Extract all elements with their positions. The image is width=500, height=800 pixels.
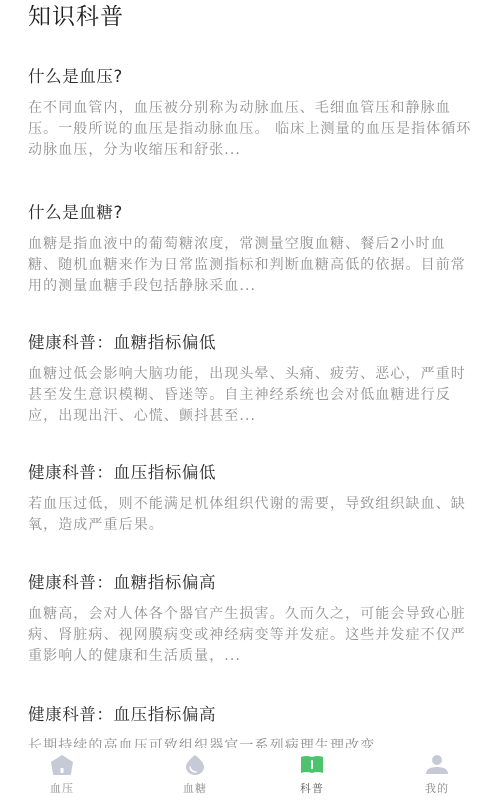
article-title: 什么是血压? (28, 66, 474, 88)
article-item[interactable]: 健康科普：血糖指标偏高 血糖高，会对人体各个器官产生损害。久而久之，可能会导致心… (28, 572, 474, 667)
tab-blood-sugar[interactable]: 血糖 (155, 748, 235, 800)
article-summary: 血糖高，会对人体各个器官产生损害。久而久之，可能会导致心脏病、肾脏病、视网膜病变… (28, 604, 474, 667)
article-item[interactable]: 健康科普：血压指标偏低 若血压过低，则不能满足机体组织代谢的需要，导致组织缺血、… (28, 462, 474, 536)
house-icon (49, 754, 75, 776)
tab-label: 血压 (50, 782, 74, 796)
article-title: 健康科普：血糖指标偏低 (28, 332, 474, 354)
article-summary: 若血压过低，则不能满足机体组织代谢的需要，导致组织缺血、缺氧，造成严重后果。 (28, 494, 474, 536)
tab-label: 科普 (300, 782, 324, 796)
article-item[interactable]: 什么是血压? 在不同血管内，血压被分别称为动脉血压、毛细血管压和静脉血压。一般所… (28, 66, 474, 161)
tab-label: 我的 (425, 782, 449, 796)
page-title: 知识科普 (28, 2, 124, 32)
knowledge-page: 知识科普 什么是血压? 在不同血管内，血压被分别称为动脉血压、毛细血管压和静脉血… (0, 0, 500, 800)
article-title: 健康科普：血压指标偏低 (28, 462, 474, 484)
article-title: 健康科普：血糖指标偏高 (28, 572, 474, 594)
article-title: 什么是血糖? (28, 202, 474, 224)
tab-profile[interactable]: 我的 (397, 748, 477, 800)
article-item[interactable]: 什么是血糖? 血糖是指血液中的葡萄糖浓度，常测量空腹血糖、餐后2小时血糖、随机血… (28, 202, 474, 297)
bottom-tab-bar: 血压 血糖 科普 (0, 748, 500, 800)
drop-icon (182, 754, 208, 776)
article-summary: 血糖过低会影响大脑功能，出现头晕、头痛、疲劳、恶心，严重时甚至发生意识模糊、昏迷… (28, 364, 474, 427)
tab-knowledge[interactable]: 科普 (272, 748, 352, 800)
book-icon (299, 754, 325, 776)
article-summary: 血糖是指血液中的葡萄糖浓度，常测量空腹血糖、餐后2小时血糖、随机血糖来作为日常监… (28, 234, 474, 297)
article-title: 健康科普：血压指标偏高 (28, 704, 474, 726)
tab-label: 血糖 (183, 782, 207, 796)
article-item[interactable]: 健康科普：血糖指标偏低 血糖过低会影响大脑功能，出现头晕、头痛、疲劳、恶心，严重… (28, 332, 474, 427)
article-summary: 在不同血管内，血压被分别称为动脉血压、毛细血管压和静脉血压。一般所说的血压是指动… (28, 98, 474, 161)
person-icon (424, 754, 450, 776)
tab-blood-pressure[interactable]: 血压 (22, 748, 102, 800)
